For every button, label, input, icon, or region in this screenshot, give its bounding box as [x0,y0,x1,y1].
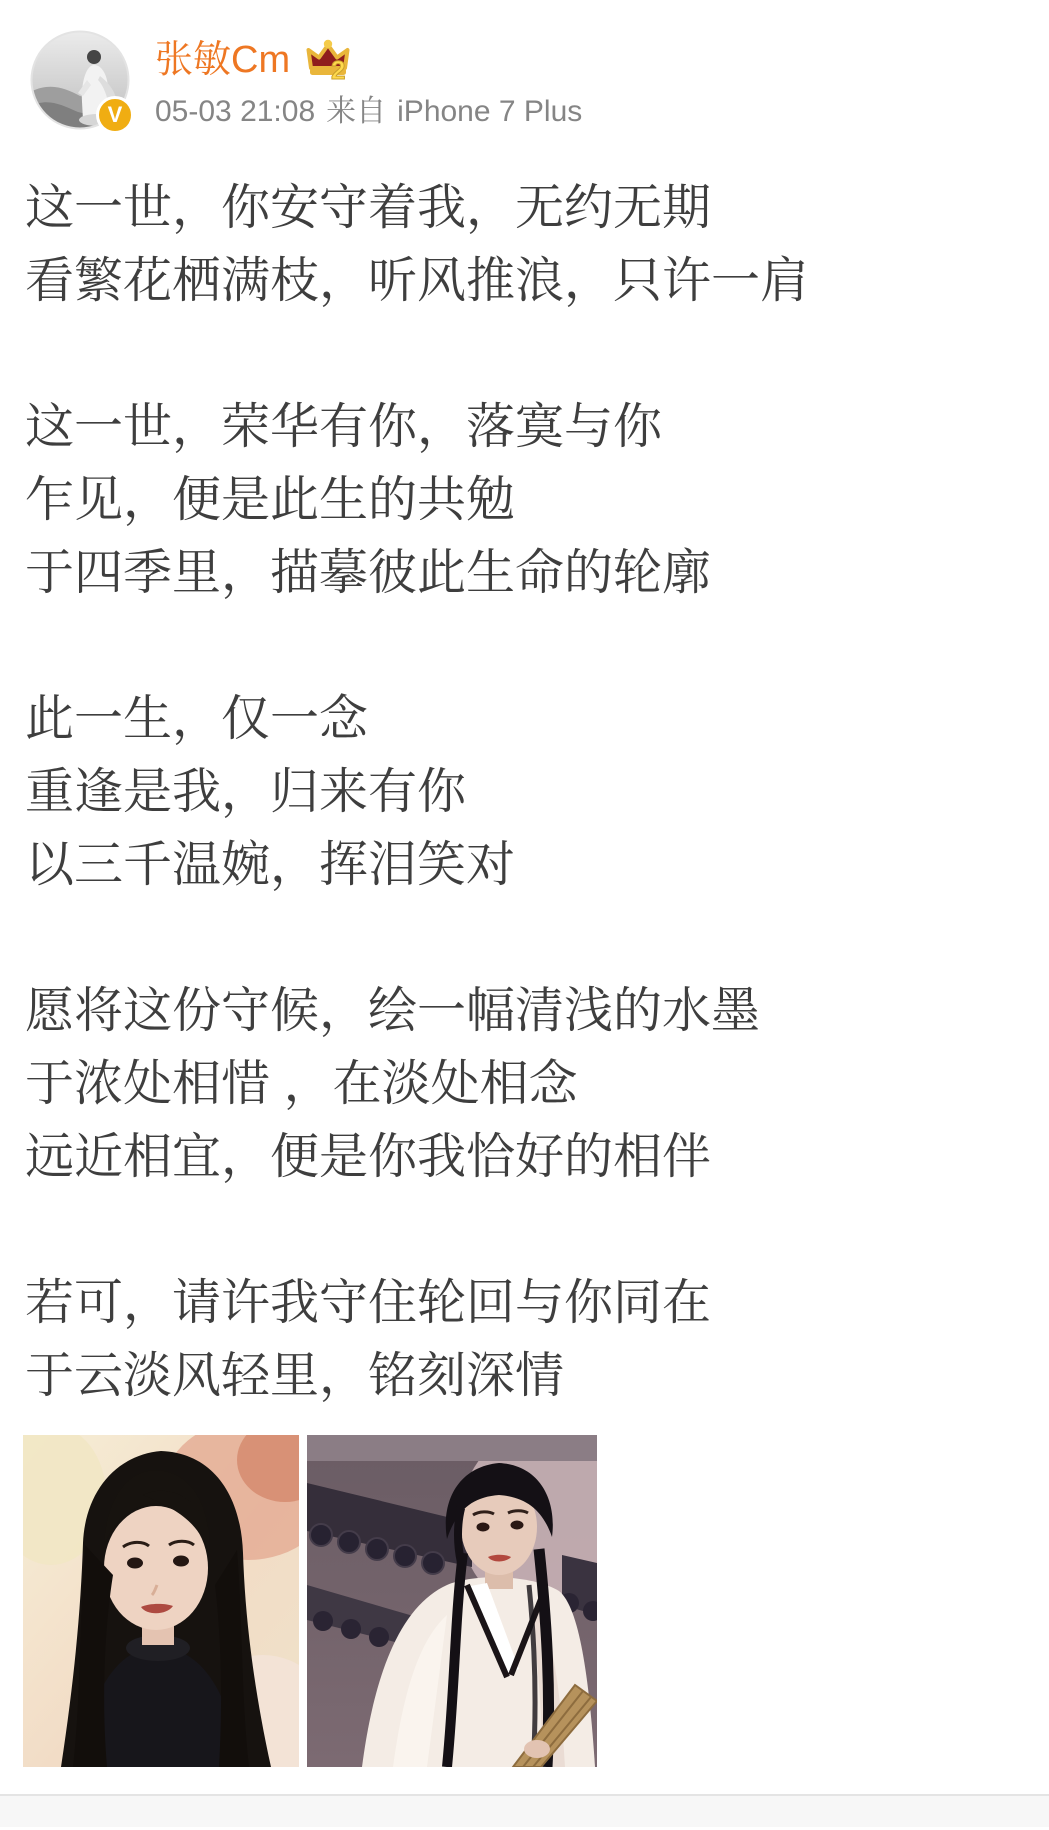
source-device: iPhone 7 Plus [397,94,582,130]
post-meta[interactable]: 05-03 21:08 来自 iPhone 7 Plus [155,94,582,130]
timestamp: 05-03 21:08 [155,94,315,130]
post-text: 这一世，你安守着我，无约无期 看繁花栖满枝，听风推浪，只许一肩 这一世，荣华有你… [0,172,1049,1413]
vip-level-number: 2 [331,55,345,81]
poem-paragraph: 愿将这份守候，绘一幅清浅的水墨 于浓处相惜 ，在淡处相念 远近相宜，便是你我恰好… [25,975,1024,1194]
poem-paragraph: 若可，请许我守住轮回与你同在 于云淡风轻里，铭刻深情 [25,1267,1024,1413]
avatar[interactable]: V [30,30,130,130]
post-photo-1[interactable] [23,1435,299,1767]
vip-crown-icon[interactable]: 2 [304,39,352,81]
bottom-strip [0,1796,1049,1827]
post-header: V 张敏Cm 2 05-03 21:08 来自 iPhone 7 Plus [0,0,1049,130]
footer-spacer [0,1767,1049,1794]
username-link[interactable]: 张敏Cm [155,36,290,84]
verified-badge-icon: V [96,96,134,134]
weibo-post-page: V 张敏Cm 2 05-03 21:08 来自 iPhone 7 Plus [0,0,1049,1830]
poem-paragraph: 此一生，仅一念 重逢是我，归来有你 以三千温婉，挥泪笑对 [25,683,1024,902]
author-block: 张敏Cm 2 05-03 21:08 来自 iPhone 7 Plus [155,30,582,130]
poem-paragraph: 这一世，你安守着我，无约无期 看繁花栖满枝，听风推浪，只许一肩 [25,172,1024,318]
poem-paragraph: 这一世，荣华有你，落寞与你 乍见，便是此生的共勉 于四季里，描摹彼此生命的轮廓 [25,391,1024,610]
photo-grid [0,1435,1049,1767]
post-photo-2[interactable] [307,1435,597,1767]
source-label: 来自 [326,94,386,130]
